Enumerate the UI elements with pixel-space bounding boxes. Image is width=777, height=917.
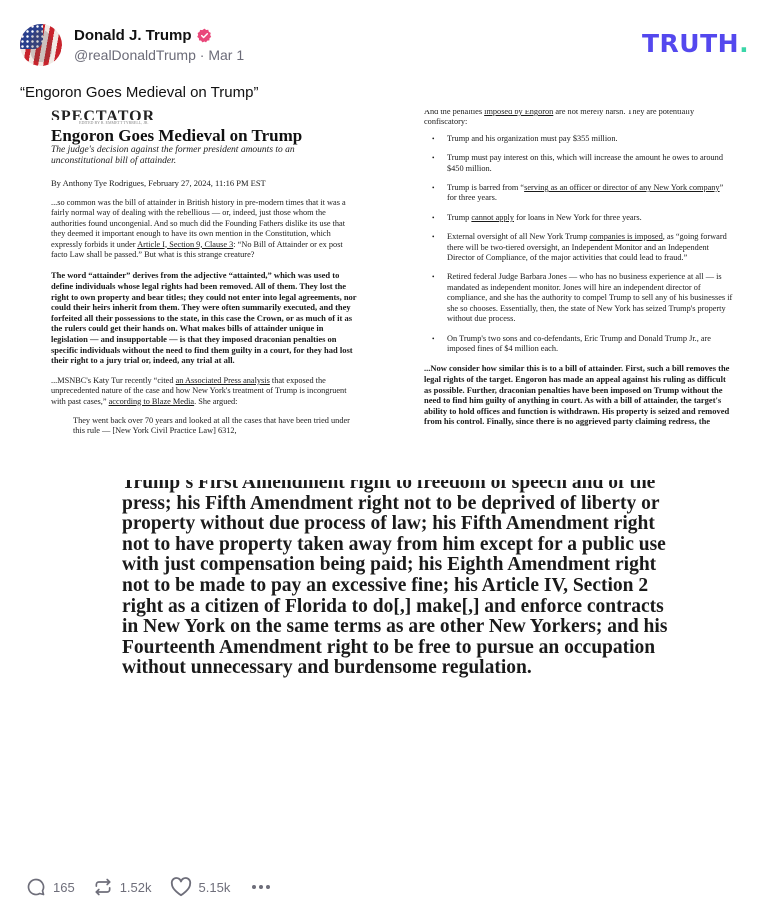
logo-dot: .: [739, 29, 749, 58]
list-item: External oversight of all New York Trump…: [432, 232, 734, 263]
article-link: according to Blaze Media: [109, 397, 194, 406]
list-item: Trump must pay interest on this, which w…: [432, 153, 734, 174]
article-paragraph: ...so common was the bill of attainder i…: [51, 198, 358, 260]
like-icon: [170, 877, 192, 897]
like-button[interactable]: 5.15k: [170, 877, 231, 897]
list-item: Trump is barred from “serving as an offi…: [432, 183, 734, 204]
article-paragraph-bold: The word “attainder” derives from the ad…: [51, 270, 358, 365]
article-page-right: And the penalties imposed by Engoron are…: [416, 110, 740, 488]
verified-badge-icon: [197, 28, 212, 43]
article-dek: The judge's decision against the former …: [51, 145, 358, 167]
post-text: “Engoron Goes Medieval on Trump”: [20, 84, 258, 101]
reply-count: 165: [53, 880, 75, 895]
retruth-count: 1.52k: [120, 880, 152, 895]
article-paragraph: And the penalties imposed by Engoron are…: [424, 110, 734, 128]
like-count: 5.15k: [199, 880, 231, 895]
display-name[interactable]: Donald J. Trump: [74, 27, 192, 44]
article-page-left: SPECTATOR EDITED BY R. EMMETT TYRRELL, J…: [40, 110, 358, 488]
separator: ·: [196, 47, 208, 63]
article-paragraph: ...MSNBC's Katy Tur recently “cited an A…: [51, 376, 358, 407]
post-image[interactable]: SPECTATOR EDITED BY R. EMMETT TYRRELL, J…: [40, 110, 740, 730]
article-link: imposed by Engoron: [484, 110, 553, 116]
retruth-icon: [93, 877, 113, 897]
avatar[interactable]: [20, 24, 62, 66]
masthead-subtitle: EDITED BY R. EMMETT TYRRELL, JR.: [79, 120, 358, 125]
post-actions: 165 1.52k 5.15k: [26, 876, 270, 898]
post-header: Donald J. Trump @realDonaldTrump · Mar 1: [20, 20, 244, 70]
list-item: Trump cannot apply for loans in New York…: [432, 213, 734, 223]
list-item: Retired federal Judge Barbara Jones — wh…: [432, 272, 734, 324]
article-page-bottom: Trump's First Amendment right to freedom…: [122, 480, 684, 730]
article-closing-bold: ...Now consider how similar this is to a…: [424, 363, 734, 427]
more-options-icon[interactable]: [252, 885, 270, 889]
reply-icon: [26, 877, 46, 897]
retruth-button[interactable]: 1.52k: [93, 877, 152, 897]
handle-row: @realDonaldTrump · Mar 1: [74, 47, 244, 63]
reply-button[interactable]: 165: [26, 877, 75, 897]
list-item: On Trump's two sons and co-defendants, E…: [432, 334, 734, 355]
penalty-list: Trump and his organization must pay $355…: [424, 134, 734, 355]
article-title: Engoron Goes Medieval on Trump: [51, 126, 358, 145]
article-blockquote: They went back over 70 years and looked …: [51, 416, 358, 437]
article-link: an Associated Press analysis: [176, 376, 270, 385]
list-item: Trump and his organization must pay $355…: [432, 134, 734, 144]
rights-quote: Trump's First Amendment right to freedom…: [122, 480, 684, 679]
author-info: Donald J. Trump @realDonaldTrump · Mar 1: [74, 27, 244, 63]
post-date[interactable]: Mar 1: [208, 47, 244, 63]
handle[interactable]: @realDonaldTrump: [74, 47, 196, 63]
article-link: Article I, Section 9, Clause 3: [137, 240, 233, 249]
truth-social-logo[interactable]: TRUTH.: [642, 29, 749, 58]
publication-masthead: SPECTATOR: [51, 110, 358, 120]
article-byline: By Anthony Tye Rodrigues, February 27, 2…: [51, 178, 358, 188]
logo-text: TRUTH: [642, 29, 739, 58]
